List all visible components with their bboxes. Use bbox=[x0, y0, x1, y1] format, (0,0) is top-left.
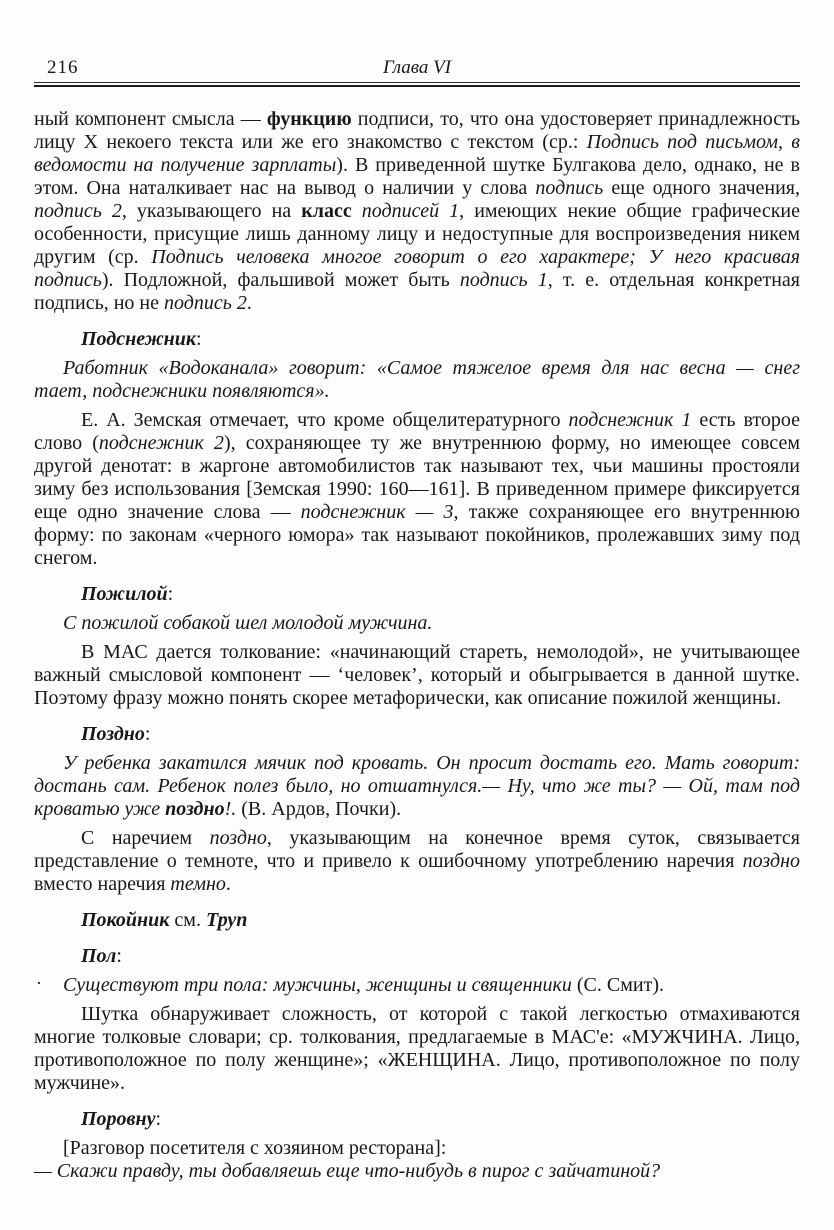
text-run: (С. Смит). bbox=[577, 974, 664, 996]
heading-pokoynik-cross-reference: Покойник см. Труп bbox=[81, 909, 800, 932]
continued-paragraph: ный компонент смысла — функцию подписи, … bbox=[34, 108, 800, 315]
text-run bbox=[352, 200, 362, 222]
commentary-pozdno: С наречием поздно, указывающим на конечн… bbox=[34, 827, 800, 896]
text-run: Подснежник bbox=[81, 328, 196, 350]
text-run: подпись 1 bbox=[460, 269, 548, 291]
book-page: 216 Глава VI ный компонент смысла — функ… bbox=[0, 0, 834, 1230]
page-body: ный компонент смысла — функцию подписи, … bbox=[34, 108, 800, 1183]
text-run: С пожилой собакой шел молодой мужчина. bbox=[63, 612, 432, 634]
joke-pol: ·Существуют три пола: мужчины, женщины и… bbox=[34, 974, 800, 997]
text-run: поздно bbox=[743, 850, 800, 872]
text-run: : bbox=[196, 328, 202, 350]
text-run: Работник «Водоканала» говорит: «Самое тя… bbox=[34, 357, 800, 402]
heading-podsnezhnik: Подснежник: bbox=[81, 328, 800, 351]
text-run: Пол bbox=[81, 945, 116, 967]
text-run: В МАС дается толкование: «начинающий ста… bbox=[34, 641, 800, 709]
text-run: : bbox=[155, 1108, 161, 1130]
header-rule bbox=[34, 82, 800, 87]
text-run: : bbox=[116, 945, 122, 967]
text-run: Поздно bbox=[81, 723, 145, 745]
text-run: (В. Ардов, Почки). bbox=[241, 798, 401, 820]
text-run: подпись 2 bbox=[34, 200, 122, 222]
commentary-podsnezhnik: Е. А. Земская отмечает, что кроме общели… bbox=[34, 409, 800, 570]
text-run: Покойник bbox=[81, 909, 169, 931]
text-run: — Скажи правду, ты добавляешь еще что-ни… bbox=[34, 1160, 660, 1182]
text-run: темно bbox=[170, 873, 226, 895]
text-run: функцию bbox=[267, 108, 352, 130]
text-run: : bbox=[145, 723, 151, 745]
heading-pozdno: Поздно: bbox=[81, 723, 800, 746]
heading-pozhiloy: Пожилой: bbox=[81, 583, 800, 606]
joke-pozhiloy: С пожилой собакой шел молодой мужчина. bbox=[34, 612, 800, 635]
text-run: Пожилой bbox=[81, 583, 168, 605]
text-run: подпись bbox=[535, 177, 603, 199]
text-run: см. bbox=[169, 909, 206, 931]
text-run: . bbox=[247, 292, 252, 314]
chapter-title: Глава VI bbox=[34, 57, 800, 79]
text-run: Поровну bbox=[81, 1108, 155, 1130]
text-run: Шутка обнаруживает сложность, от которой… bbox=[34, 1003, 800, 1094]
page-header: 216 Глава VI bbox=[34, 56, 800, 82]
text-run: еще одного значения, bbox=[603, 177, 800, 199]
text-run: Е. А. Земская отмечает, что кроме общели… bbox=[81, 409, 568, 431]
text-run: : bbox=[168, 583, 174, 605]
commentary-pozhiloy: В МАС дается толкование: «начинающий ста… bbox=[34, 641, 800, 710]
text-run: [Разговор посетителя с хозяином ресторан… bbox=[63, 1137, 446, 1159]
text-run: поздно bbox=[165, 798, 224, 820]
text-run: ). Подложной, фальшивой может быть bbox=[102, 269, 460, 291]
text-run: Труп bbox=[206, 909, 247, 931]
text-run: подснежник 1 bbox=[568, 409, 691, 431]
text-run: Существуют три пола: мужчины, женщины и … bbox=[63, 974, 577, 996]
text-run: поздно bbox=[210, 827, 267, 849]
text-run: класс bbox=[301, 200, 352, 222]
text-run: С наречием bbox=[81, 827, 210, 849]
text-run: вместо наречия bbox=[34, 873, 170, 895]
joke-porovnu: [Разговор посетителя с хозяином ресторан… bbox=[34, 1137, 800, 1183]
joke-pozdno: У ребенка закатился мячик под кровать. О… bbox=[34, 752, 800, 821]
text-run: подснежник 2 bbox=[99, 432, 224, 454]
margin-dot-mark: · bbox=[36, 972, 42, 995]
text-run: !. bbox=[225, 798, 242, 820]
text-run: подснежник — 3 bbox=[301, 501, 454, 523]
text-run: подпись 2 bbox=[164, 292, 247, 314]
heading-pol: Пол: bbox=[81, 945, 800, 968]
text-run: У ребенка закатился мячик под кровать. О… bbox=[34, 752, 800, 820]
heading-porovnu: Поровну: bbox=[81, 1108, 800, 1131]
text-run: ный компонент смысла — bbox=[34, 108, 267, 130]
text-run: . bbox=[226, 873, 231, 895]
text-run: подписей 1 bbox=[362, 200, 459, 222]
commentary-pol: Шутка обнаруживает сложность, от которой… bbox=[34, 1003, 800, 1095]
text-run: , указывающего на bbox=[122, 200, 301, 222]
joke-podsnezhnik: Работник «Водоканала» говорит: «Самое тя… bbox=[34, 357, 800, 403]
